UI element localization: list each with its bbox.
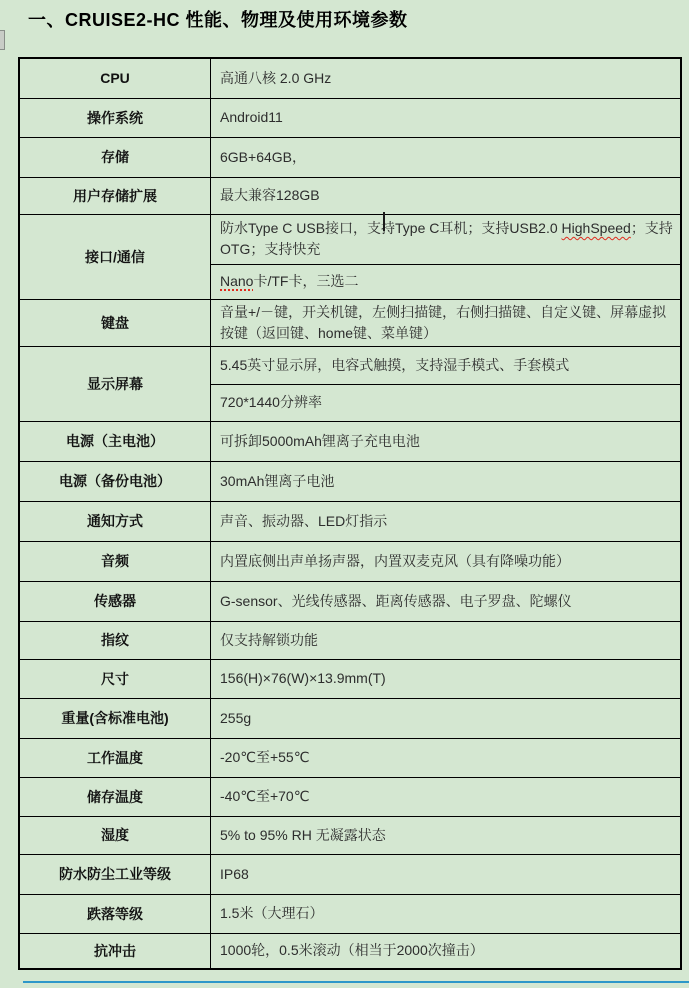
spec-label: 指纹 bbox=[19, 621, 211, 659]
spec-label: 音频 bbox=[19, 541, 211, 581]
table-row: 接口/通信 防水Type C USB接口，支持Type C耳机；支持USB2.0… bbox=[19, 214, 681, 264]
table-row: 用户存储扩展 最大兼容128GB bbox=[19, 177, 681, 214]
spec-label: 储存温度 bbox=[19, 777, 211, 816]
spec-value: 6GB+64GB， bbox=[211, 137, 682, 177]
spec-label: 湿度 bbox=[19, 816, 211, 854]
table-row: 重量(含标准电池) 255g bbox=[19, 698, 681, 738]
page-divider-line bbox=[23, 981, 689, 983]
spec-value: Android11 bbox=[211, 98, 682, 137]
spec-label: 抗冲击 bbox=[19, 933, 211, 969]
spec-value: 255g bbox=[211, 698, 682, 738]
table-row: 工作温度 -20℃至+55℃ bbox=[19, 738, 681, 777]
table-row: 跌落等级 1.5米（大理石） bbox=[19, 894, 681, 933]
spec-value: 最大兼容128GB bbox=[211, 177, 682, 214]
spec-value: 5.45英寸显示屏，电容式触摸，支持湿手模式、手套模式 bbox=[211, 346, 682, 384]
spec-label: 防水防尘工业等级 bbox=[19, 854, 211, 894]
page-edge-artifact bbox=[0, 30, 5, 50]
table-row: 传感器 G-sensor、光线传感器、距离传感器、电子罗盘、陀螺仪 bbox=[19, 581, 681, 621]
spec-value: -40℃至+70℃ bbox=[211, 777, 682, 816]
spec-value: 1.5米（大理石） bbox=[211, 894, 682, 933]
spec-value: 高通八核 2.0 GHz bbox=[211, 58, 682, 98]
table-row: 操作系统 Android11 bbox=[19, 98, 681, 137]
spec-value: 内置底侧出声单扬声器，内置双麦克风（具有降噪功能） bbox=[211, 541, 682, 581]
table-row: CPU 高通八核 2.0 GHz bbox=[19, 58, 681, 98]
spec-value: 防水Type C USB接口，支持Type C耳机；支持USB2.0 HighS… bbox=[211, 214, 682, 264]
spec-label: 键盘 bbox=[19, 299, 211, 346]
table-row: 湿度 5% to 95% RH 无凝露状态 bbox=[19, 816, 681, 854]
spec-value: 156(H)×76(W)×13.9mm(T) bbox=[211, 659, 682, 698]
table-row: 通知方式 声音、振动器、LED灯指示 bbox=[19, 501, 681, 541]
table-row: 储存温度 -40℃至+70℃ bbox=[19, 777, 681, 816]
spec-label: 操作系统 bbox=[19, 98, 211, 137]
spec-label: 工作温度 bbox=[19, 738, 211, 777]
spec-value: -20℃至+55℃ bbox=[211, 738, 682, 777]
spec-value: 声音、振动器、LED灯指示 bbox=[211, 501, 682, 541]
spec-label: 通知方式 bbox=[19, 501, 211, 541]
spec-value: Nano卡/TF卡，三选二 bbox=[211, 264, 682, 299]
spec-value: IP68 bbox=[211, 854, 682, 894]
table-row: 防水防尘工业等级 IP68 bbox=[19, 854, 681, 894]
text-caret bbox=[383, 212, 385, 231]
spec-value: 5% to 95% RH 无凝露状态 bbox=[211, 816, 682, 854]
table-row: 抗冲击 1000轮，0.5米滚动（相当于2000次撞击） bbox=[19, 933, 681, 969]
table-row: 音频 内置底侧出声单扬声器，内置双麦克风（具有降噪功能） bbox=[19, 541, 681, 581]
spec-label: 显示屏幕 bbox=[19, 346, 211, 421]
table-row: 电源（主电池） 可拆卸5000mAh锂离子充电电池 bbox=[19, 421, 681, 461]
spec-value: 720*1440分辨率 bbox=[211, 384, 682, 421]
table-row: 显示屏幕 5.45英寸显示屏，电容式触摸，支持湿手模式、手套模式 bbox=[19, 346, 681, 384]
spec-label: 用户存储扩展 bbox=[19, 177, 211, 214]
page-title: 一、CRUISE2-HC 性能、物理及使用环境参数 bbox=[28, 6, 408, 32]
table-row: 指纹 仅支持解锁功能 bbox=[19, 621, 681, 659]
spec-label: CPU bbox=[19, 58, 211, 98]
spec-label: 传感器 bbox=[19, 581, 211, 621]
spec-value: 仅支持解锁功能 bbox=[211, 621, 682, 659]
table-row: 存储 6GB+64GB， bbox=[19, 137, 681, 177]
spec-label: 电源（主电池） bbox=[19, 421, 211, 461]
document-page: 一、CRUISE2-HC 性能、物理及使用环境参数 CPU 高通八核 2.0 G… bbox=[0, 0, 689, 988]
spec-value: 音量+/－键，开关机键，左侧扫描键，右侧扫描键、自定义键、屏幕虚拟按键（返回键、… bbox=[211, 299, 682, 346]
spec-label: 电源（备份电池） bbox=[19, 461, 211, 501]
table-row: 尺寸 156(H)×76(W)×13.9mm(T) bbox=[19, 659, 681, 698]
table-row: 键盘 音量+/－键，开关机键，左侧扫描键，右侧扫描键、自定义键、屏幕虚拟按键（返… bbox=[19, 299, 681, 346]
spec-label: 尺寸 bbox=[19, 659, 211, 698]
spec-value: 30mAh锂离子电池 bbox=[211, 461, 682, 501]
spec-label: 存储 bbox=[19, 137, 211, 177]
spec-label: 跌落等级 bbox=[19, 894, 211, 933]
spec-label: 重量(含标准电池) bbox=[19, 698, 211, 738]
spec-value: G-sensor、光线传感器、距离传感器、电子罗盘、陀螺仪 bbox=[211, 581, 682, 621]
table-row: 电源（备份电池） 30mAh锂离子电池 bbox=[19, 461, 681, 501]
spec-value: 可拆卸5000mAh锂离子充电电池 bbox=[211, 421, 682, 461]
spec-label: 接口/通信 bbox=[19, 214, 211, 299]
spec-table: CPU 高通八核 2.0 GHz 操作系统 Android11 存储 6GB+6… bbox=[18, 57, 682, 970]
spec-value: 1000轮，0.5米滚动（相当于2000次撞击） bbox=[211, 933, 682, 969]
